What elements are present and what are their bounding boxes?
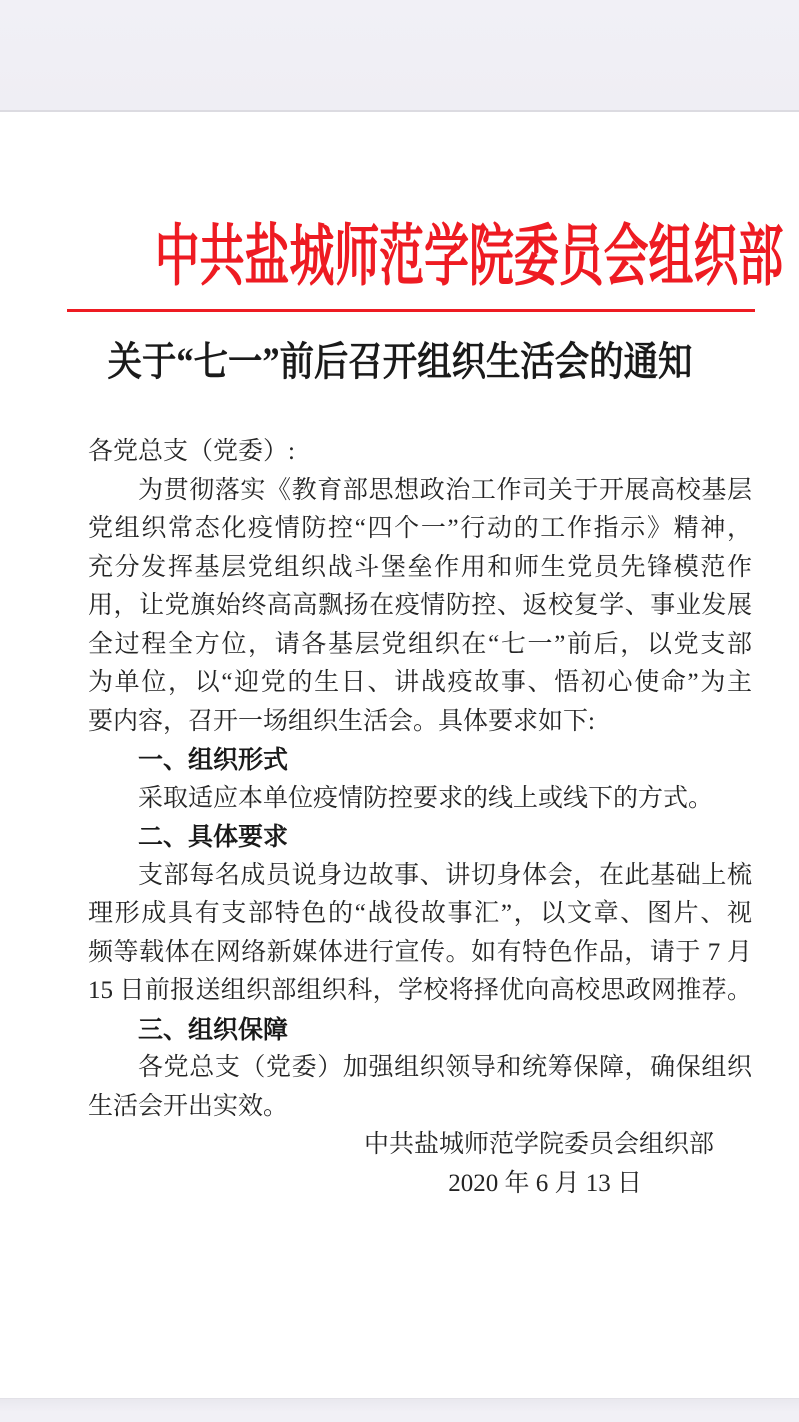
signature-date: 2020 年 6 月 13 日 [88,1165,752,1204]
body-line: 充分发挥基层党组织战斗堡垒作用和师生党员先锋模范作 [88,549,752,588]
viewer-top-margin [0,0,799,112]
document-title-text: 关于“七一”前后召开组织生活会的通知 [107,336,692,388]
body-line: 要内容，召开一场组织生活会。具体要求如下: [88,703,752,742]
body-line: 用，让党旗始终高高飘扬在疫情防控、返校复学、事业发展 [88,587,752,626]
body-line: 党组织常态化疫情防控“四个一”行动的工作指示》精神， [88,510,752,549]
letterhead-divider [67,309,755,312]
document-title: 关于“七一”前后召开组织生活会的通知 [0,336,799,388]
body-line: 为单位，以“迎党的生日、讲战疫故事、悟初心使命”为主 [88,664,752,703]
salutation: 各党总支（党委）: [88,433,752,472]
viewer-bottom-margin [0,1398,799,1422]
document-body: 各党总支（党委）: 为贯彻落实《教育部思想政治工作司关于开展高校基层 党组织常态… [88,433,752,1203]
section-heading-2: 二、具体要求 [88,818,752,857]
section-heading-1: 一、组织形式 [88,741,752,780]
letterhead-org-name: 中共盐城师范学院委员会组织部 [0,218,799,296]
body-line: 各党总支（党委）加强组织领导和统筹保障，确保组织 [88,1049,752,1088]
body-line: 采取适应本单位疫情防控要求的线上或线下的方式。 [88,780,752,819]
body-line: 为贯彻落实《教育部思想政治工作司关于开展高校基层 [88,472,752,511]
section-heading-3: 三、组织保障 [88,1011,752,1050]
body-line: 生活会开出实效。 [88,1088,752,1127]
signature-org-name: 中共盐城师范学院委员会组织部 [88,1126,752,1165]
body-line: 全过程全方位，请各基层党组织在“七一”前后，以党支部 [88,626,752,665]
letterhead-org-name-text: 中共盐城师范学院委员会组织部 [155,218,783,296]
body-line: 15 日前报送组织部组织科，学校将择优向高校思政网推荐。 [88,972,752,1011]
body-line: 理形成具有支部特色的“战役故事汇”，以文章、图片、视 [88,895,752,934]
body-line: 支部每名成员说身边故事、讲切身体会，在此基础上梳 [88,857,752,896]
body-line: 频等载体在网络新媒体进行宣传。如有特色作品，请于 7 月 [88,934,752,973]
